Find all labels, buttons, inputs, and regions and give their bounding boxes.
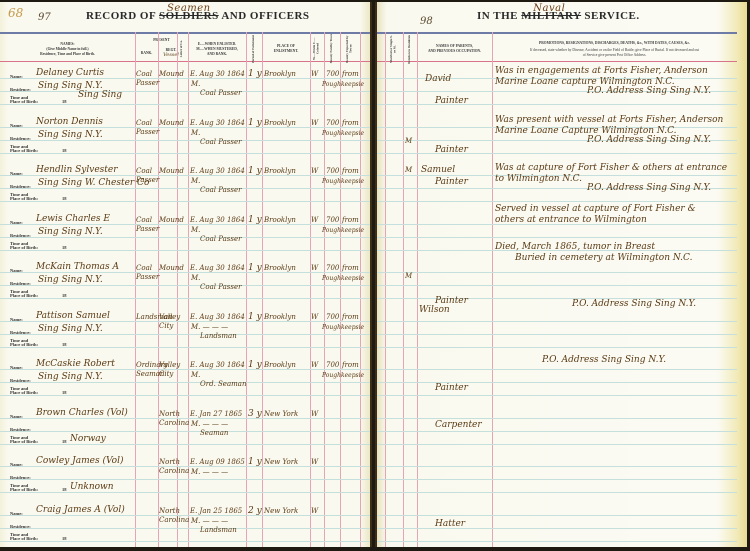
birth-label-line2: Place of Birth: <box>10 343 38 348</box>
residence-label: Residence: <box>10 282 31 287</box>
rank-value-line1: Coal <box>136 216 152 224</box>
mustered-value: M. <box>191 371 200 379</box>
vessel-value-line1: Mound <box>159 216 184 224</box>
color-value: W <box>311 507 318 515</box>
col-married: Married or Single S. or M. <box>385 34 403 64</box>
birth-label-line2: Place of Birth: <box>10 246 38 251</box>
bounty-expected-line1: from <box>342 119 359 127</box>
bounty-expected-line1: from <box>342 70 359 78</box>
bounty-expected-line1: from <box>342 361 359 369</box>
enlistment-place: Brooklyn <box>264 119 296 127</box>
muster-rank: Coal Passer <box>200 138 241 146</box>
enlistment-period: 2 y <box>248 506 262 516</box>
residence-label: Residence: <box>10 525 31 530</box>
ledger-entry-row: Hatter <box>377 501 747 548</box>
year-prefix: 18 <box>62 246 67 251</box>
mustered-value: M. — — — <box>191 323 228 331</box>
col-parents: NAMES OF PARENTS, AND PREVIOUS OCCUPATIO… <box>417 34 492 64</box>
col-letter-co: Letter of Co. <box>177 34 187 64</box>
title-correction: Naval <box>533 3 565 14</box>
previous-occupation: Painter <box>435 177 468 187</box>
rank-value-line1: Coal <box>136 119 152 127</box>
bounty-expected-line1: from <box>342 216 359 224</box>
enlistment-place: Brooklyn <box>264 167 296 175</box>
person-name: McKain Thomas A <box>36 262 119 272</box>
post-office-address: P.O. Address Sing Sing N.Y. <box>587 183 711 194</box>
rank-value-line2: Passer <box>136 273 159 281</box>
mustered-value: M. <box>191 129 200 137</box>
enlistment-period: 1 y <box>248 457 262 467</box>
enlistment-place: New York <box>264 507 298 515</box>
mustered-value: M. — — — <box>191 517 228 525</box>
residence-value: Sing Sing N.Y. <box>38 227 103 237</box>
parent-name: Samuel <box>421 165 455 175</box>
service-note-line: Buried in cemetery at Wilmington N.C. <box>515 253 692 264</box>
enlisted-date: E. Aug 30 1864 <box>190 70 245 78</box>
year-prefix: 18 <box>62 488 67 493</box>
color-value: W <box>311 119 318 127</box>
page-number-ink: 97 <box>38 12 51 23</box>
residence-label: Residence: <box>10 234 31 239</box>
rank-value-line1: Coal <box>136 264 152 272</box>
parent-name: David <box>425 74 451 84</box>
bounty-expected-line2: Poughkeepsie <box>322 177 364 187</box>
col-place: PLACE OF ENLISTMENT. <box>262 34 310 64</box>
vessel-value-line1: North <box>159 507 180 515</box>
post-office-address: P.O. Address Sing Sing N.Y. <box>542 355 666 366</box>
post-office-address: P.O. Address Sing Sing N.Y. <box>572 299 696 310</box>
residence-value: Sing Sing N.Y. <box>38 324 103 334</box>
post-office-address: P.O. Address Sing Sing N.Y. <box>587 135 711 146</box>
muster-rank: Landsman <box>200 332 237 340</box>
enlistment-place: New York <box>264 458 298 466</box>
rank-value-line2: Passer <box>136 128 159 136</box>
col-rank: RANK. <box>135 42 158 64</box>
enlistment-period: 1 y <box>248 166 262 176</box>
year-prefix: 18 <box>62 100 67 105</box>
person-name: Norton Dennis <box>36 117 103 127</box>
mustered-value: M. — — — <box>191 420 228 428</box>
vessel-value-line2: City <box>159 370 173 378</box>
bounty-paid: 700 <box>326 167 339 175</box>
service-note-line: others at entrance to Wilmington <box>495 215 647 226</box>
name-label: Name: <box>10 221 23 226</box>
vessel-value-line1: Valley <box>159 313 180 321</box>
mustered-value: M. <box>191 80 200 88</box>
muster-rank: Landsman <box>200 526 237 534</box>
residence-label: Residence: <box>10 331 31 336</box>
name-label: Name: <box>10 415 23 420</box>
previous-occupation: Painter <box>435 96 468 106</box>
rank-value-line1: Coal <box>136 167 152 175</box>
enlistment-place: Brooklyn <box>264 70 296 78</box>
person-name: Cowley James (Vol) <box>36 456 123 466</box>
post-office-address: P.O. Address Sing Sing N.Y. <box>587 86 711 97</box>
mustered-value: M. <box>191 226 200 234</box>
muster-rank: Coal Passer <box>200 89 241 97</box>
mustered-value: M. <box>191 274 200 282</box>
enlistment-place: Brooklyn <box>264 361 296 369</box>
enlisted-date: E. Jan 25 1865 <box>190 507 242 515</box>
bounty-expected-line2: Poughkeepsie <box>322 371 364 381</box>
birth-value: Sing Sing <box>78 90 122 100</box>
enlisted-date: E. Aug 30 1864 <box>190 264 245 272</box>
married-value: M <box>405 166 412 174</box>
name-label: Name: <box>10 172 23 177</box>
col-relation: Relation to Residents <box>403 34 417 64</box>
enlisted-date: E. Aug 30 1864 <box>190 167 245 175</box>
ledger-entry-row: Name:Residence:Time andPlace of Birth:18… <box>0 501 370 548</box>
bounty-expected-line2: Poughkeepsie <box>322 323 364 333</box>
muster-rank: Coal Passer <box>200 235 241 243</box>
col-promotions: PROMOTIONS, RESIGNATIONS, DISCHARGES, DE… <box>492 34 737 64</box>
color-value: W <box>311 313 318 321</box>
service-note-line: Served in vessel at capture of Fort Fish… <box>495 204 696 215</box>
residence-label: Residence: <box>10 476 31 481</box>
service-note-line: Was in engagements at Forts Fisher, Ande… <box>495 66 708 77</box>
year-prefix: 18 <box>62 149 67 154</box>
rank-value-line2: Passer <box>136 79 159 87</box>
bounty-paid: 700 <box>326 361 339 369</box>
residence-value: Sing Sing W. Chester Co <box>38 178 149 188</box>
page-number-pencil: 68 <box>8 6 23 20</box>
vessel-value-line1: Mound <box>159 264 184 272</box>
rank-value-line2: Passer <box>136 225 159 233</box>
birth-label-line2: Place of Birth: <box>10 537 38 542</box>
color-value: W <box>311 264 318 272</box>
vessel-value-line2: City <box>159 322 173 330</box>
residence-label: Residence: <box>10 88 31 93</box>
birth-label-line2: Place of Birth: <box>10 391 38 396</box>
residence-value: Sing Sing N.Y. <box>38 275 103 285</box>
enlistment-period: 1 y <box>248 69 262 79</box>
enlisted-date: E. Aug 30 1864 <box>190 216 245 224</box>
enlisted-date: E. Aug 30 1864 <box>190 361 245 369</box>
year-prefix: 18 <box>62 537 67 542</box>
col-enlisted: E.—WHEN ENLISTED. M.—WHEN MUSTERED, AND … <box>188 34 246 64</box>
name-label: Name: <box>10 318 23 323</box>
vessel-value-line1: Valley <box>159 361 180 369</box>
color-value: W <box>311 410 318 418</box>
bounty-expected-line1: from <box>342 313 359 321</box>
muster-rank: Ord. Seaman <box>200 380 246 388</box>
vessel-value-line1: Mound <box>159 70 184 78</box>
name-label: Name: <box>10 269 23 274</box>
vessel-value-line2: Carolina <box>159 467 189 475</box>
enlistment-period: 1 y <box>248 312 262 322</box>
vessel-value-line2: Carolina <box>159 516 189 524</box>
previous-occupation: Carpenter <box>435 420 482 430</box>
enlistment-place: Brooklyn <box>264 313 296 321</box>
person-name: Pattison Samuel <box>36 311 110 321</box>
married-value: M <box>405 137 412 145</box>
birth-label-line2: Place of Birth: <box>10 488 38 493</box>
person-name: McCaskie Robert <box>36 359 115 369</box>
person-name: Hendlin Sylvester <box>36 165 118 175</box>
name-label: Name: <box>10 124 23 129</box>
name-label: Name: <box>10 463 23 468</box>
bounty-expected-line2: Poughkeepsie <box>322 80 364 90</box>
birth-value: Norway <box>70 434 106 444</box>
vessel-value-line1: North <box>159 410 180 418</box>
rank-value-line1: Coal <box>136 70 152 78</box>
right-page-title: IN THE Naval MILITARY SERVICE. <box>477 10 640 22</box>
enlisted-date: E. Aug 30 1864 <box>190 119 245 127</box>
name-label: Name: <box>10 75 23 80</box>
title-correction: Seamen <box>167 3 211 14</box>
person-name: Brown Charles (Vol) <box>36 408 128 418</box>
color-value: W <box>311 458 318 466</box>
rank-value-line2: Passer <box>136 176 159 184</box>
enlistment-period: 3 y <box>248 409 262 419</box>
service-note-line: to Wilmington N.C. <box>495 174 582 185</box>
bounty-paid: 700 <box>326 216 339 224</box>
birth-label-line2: Place of Birth: <box>10 440 38 445</box>
residence-label: Residence: <box>10 137 31 142</box>
left-column-header: NAMES: (Give Middle Name in full.) Resid… <box>0 32 370 62</box>
vessel-value-line1: Mound <box>159 119 184 127</box>
person-name: Lewis Charles E <box>36 214 110 224</box>
year-prefix: 18 <box>62 294 67 299</box>
birth-value: Unknown <box>70 482 114 492</box>
bounty-expected-line2: Poughkeepsie <box>322 226 364 236</box>
birth-label-line2: Place of Birth: <box>10 149 38 154</box>
vessel-value-line1: Mound <box>159 167 184 175</box>
enlisted-date: E. Jan 27 1865 <box>190 410 242 418</box>
residence-label: Residence: <box>10 379 31 384</box>
name-label: Name: <box>10 512 23 517</box>
birth-label-line2: Place of Birth: <box>10 100 38 105</box>
enlistment-place: New York <box>264 410 298 418</box>
left-page-title: RECORD OF Seamen SOLDIERS AND OFFICERS <box>86 10 310 22</box>
bounty-expected-line1: from <box>342 264 359 272</box>
service-note-line: Died, March 1865, tumor in Breast <box>495 242 655 253</box>
previous-occupation: Hatter <box>435 519 465 529</box>
vessel-value-line2: Carolina <box>159 419 189 427</box>
bounty-paid: 700 <box>326 70 339 78</box>
enlistment-period: 1 y <box>248 263 262 273</box>
mustered-value: M. — — — <box>191 468 228 476</box>
color-value: W <box>311 361 318 369</box>
col-period: Period of Enlistment <box>246 34 262 64</box>
service-note-line: Was present with vessel at Forts Fisher,… <box>495 115 723 126</box>
enlistment-period: 1 y <box>248 118 262 128</box>
mustered-value: M. <box>191 177 200 185</box>
col-bounty-paid: Bounty Paid by Town <box>324 34 340 64</box>
col-names: NAMES: (Give Middle Name in full.) Resid… <box>0 34 135 64</box>
year-prefix: 18 <box>62 197 67 202</box>
residence-value: Sing Sing N.Y. <box>38 372 103 382</box>
residence-label: Residence: <box>10 185 31 190</box>
bounty-paid: 700 <box>326 264 339 272</box>
year-prefix: 18 <box>62 440 67 445</box>
enlistment-period: 1 y <box>248 215 262 225</box>
muster-rank: Seaman <box>200 429 228 437</box>
muster-rank: Coal Passer <box>200 283 241 291</box>
left-ledger-page: 68 97 RECORD OF Seamen SOLDIERS AND OFFI… <box>0 2 372 547</box>
service-note-line: Was at capture of Fort Fisher & others a… <box>495 163 727 174</box>
year-prefix: 18 <box>62 343 67 348</box>
col-bounty-expected: Bounty Expected by Towns <box>340 34 360 64</box>
bounty-paid: 700 <box>326 313 339 321</box>
color-value: W <box>311 167 318 175</box>
birth-label-line2: Place of Birth: <box>10 294 38 299</box>
color-value: W <box>311 70 318 78</box>
residence-label: Residence: <box>10 428 31 433</box>
bounty-expected-line1: from <box>342 167 359 175</box>
bounty-paid: 700 <box>326 119 339 127</box>
page-number: 98 <box>420 16 433 27</box>
previous-occupation: Painter <box>435 383 468 393</box>
year-prefix: 18 <box>62 391 67 396</box>
enlisted-date: E. Aug 09 1865 <box>190 458 245 466</box>
parent-name: Wilson <box>419 305 450 315</box>
residence-value: Sing Sing N.Y. <box>38 130 103 140</box>
bounty-expected-line2: Poughkeepsie <box>322 274 364 284</box>
person-name: Craig James A (Vol) <box>36 505 125 515</box>
vessel-value-line1: North <box>159 458 180 466</box>
name-label: Name: <box>10 366 23 371</box>
enlistment-place: Brooklyn <box>264 216 296 224</box>
right-column-header: Married or Single S. or M. Relation to R… <box>377 32 737 62</box>
enlistment-period: 1 y <box>248 360 262 370</box>
color-value: W <box>311 216 318 224</box>
bounty-expected-line2: Poughkeepsie <box>322 129 364 139</box>
right-ledger-page: 98 IN THE Naval MILITARY SERVICE. Marrie… <box>375 2 747 547</box>
person-name: Delaney Curtis <box>36 68 104 78</box>
col-color: W.—White C.—Colored <box>310 34 324 64</box>
married-value: M <box>405 272 412 280</box>
birth-label-line2: Place of Birth: <box>10 197 38 202</box>
enlistment-place: Brooklyn <box>264 264 296 272</box>
muster-rank: Coal Passer <box>200 186 241 194</box>
previous-occupation: Painter <box>435 145 468 155</box>
enlisted-date: E. Aug 30 1864 <box>190 313 245 321</box>
